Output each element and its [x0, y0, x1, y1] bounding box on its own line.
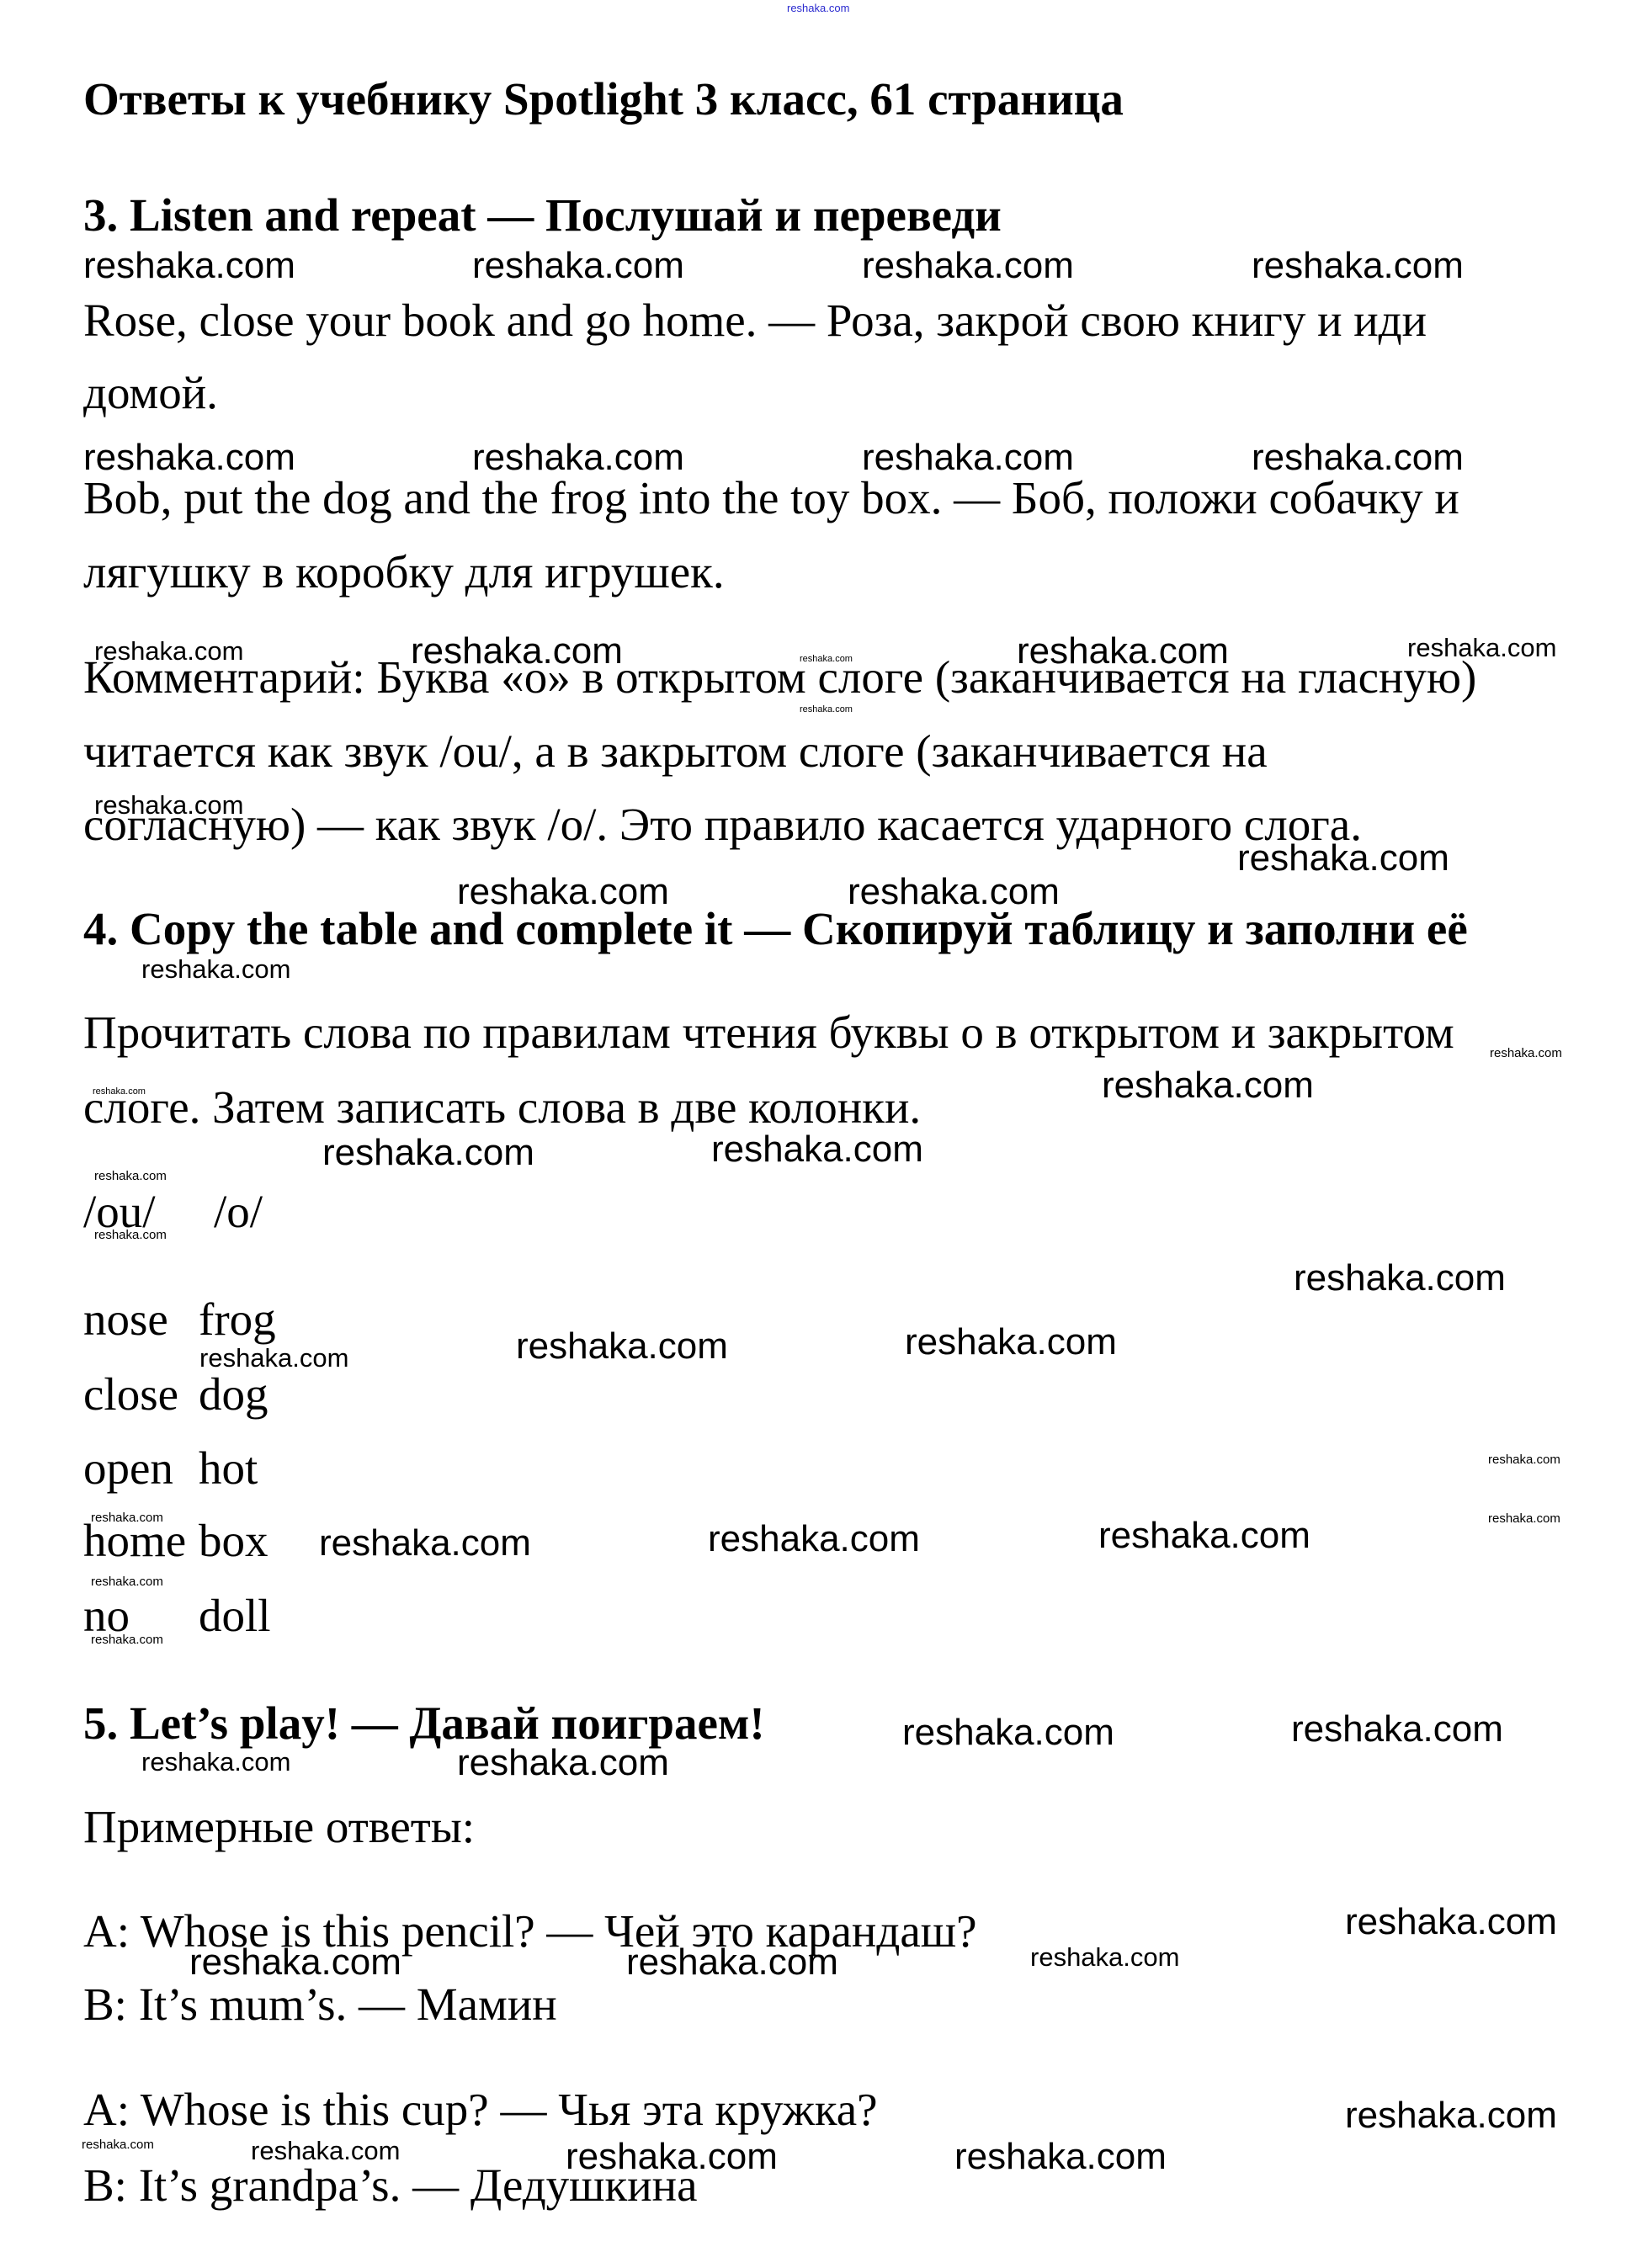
- watermark: reshaka.com: [91, 1575, 163, 1588]
- watermark: reshaka.com: [472, 247, 684, 284]
- ex4-instruction-line: Прочитать слова по правилам чтения буквы…: [83, 1006, 1454, 1060]
- watermark: reshaka.com: [83, 247, 295, 284]
- watermark: reshaka.com: [1237, 840, 1449, 877]
- table-cell: frog: [199, 1293, 276, 1346]
- watermark: reshaka.com: [1488, 1453, 1560, 1466]
- table-cell: doll: [199, 1589, 271, 1643]
- watermark: reshaka.com: [1102, 1067, 1314, 1104]
- watermark: reshaka.com: [322, 1134, 534, 1171]
- ex3-comment-line: согласную) — как звук /o/. Это правило к…: [83, 798, 1362, 852]
- ex4-instruction-line: слоге. Затем записать слова в две колонк…: [83, 1081, 921, 1134]
- table-cell: hot: [199, 1442, 258, 1495]
- watermark: reshaka.com: [94, 1170, 167, 1182]
- watermark: reshaka.com: [141, 956, 290, 982]
- watermark: reshaka.com: [800, 655, 853, 664]
- top-site-link[interactable]: reshaka.com: [787, 2, 849, 14]
- watermark: reshaka.com: [199, 1345, 348, 1371]
- watermark: reshaka.com: [516, 1328, 728, 1365]
- watermark: reshaka.com: [94, 1229, 167, 1241]
- watermark: reshaka.com: [93, 1087, 146, 1097]
- watermark: reshaka.com: [94, 792, 243, 818]
- watermark: reshaka.com: [1098, 1517, 1310, 1554]
- table-row: close dog: [83, 1368, 178, 1421]
- dialogue-line-b: B: It’s mum’s. — Мамин: [83, 1978, 557, 2032]
- watermark: reshaka.com: [189, 1944, 401, 1981]
- exercise-3-heading: 3. Listen and repeat — Послушай и переве…: [83, 189, 1002, 242]
- watermark: reshaka.com: [626, 1944, 838, 1981]
- watermark: reshaka.com: [954, 2138, 1167, 2175]
- ex3-comment-line: Комментарий: Буква «о» в открытом слоге …: [83, 651, 1476, 704]
- table-row: nose frog: [83, 1293, 168, 1346]
- watermark: reshaka.com: [1252, 439, 1464, 476]
- table-cell: open: [83, 1442, 173, 1494]
- watermark: reshaka.com: [319, 1525, 531, 1562]
- watermark: reshaka.com: [82, 2138, 154, 2151]
- table-cell: nose: [83, 1293, 168, 1345]
- ex5-intro: Примерные ответы:: [83, 1800, 475, 1854]
- watermark: reshaka.com: [251, 2138, 400, 2164]
- ex3-line: домой.: [83, 366, 218, 420]
- watermark: reshaka.com: [862, 439, 1074, 476]
- watermark: reshaka.com: [800, 705, 853, 714]
- watermark: reshaka.com: [411, 633, 623, 670]
- watermark: reshaka.com: [1252, 247, 1464, 284]
- table-header-o: /o/: [214, 1185, 263, 1239]
- table-cell: dog: [199, 1368, 268, 1421]
- ex3-line: лягушку в коробку для игрушек.: [83, 545, 725, 599]
- watermark: reshaka.com: [457, 1745, 669, 1782]
- ex3-comment-line: читается как звук /ou/, а в закрытом сло…: [83, 725, 1268, 778]
- table-cell: box: [199, 1514, 268, 1568]
- watermark: reshaka.com: [472, 439, 684, 476]
- ex3-line: Rose, close your book and go home. — Роз…: [83, 294, 1427, 348]
- watermark: reshaka.com: [94, 638, 243, 664]
- table-row: open hot: [83, 1442, 173, 1495]
- watermark: reshaka.com: [1345, 1904, 1557, 1941]
- watermark: reshaka.com: [1407, 635, 1556, 661]
- watermark: reshaka.com: [848, 874, 1060, 911]
- watermark: reshaka.com: [1488, 1512, 1560, 1525]
- exercise-4-heading: 4. Copy the table and complete it — Скоп…: [83, 902, 1468, 956]
- watermark: reshaka.com: [1030, 1944, 1179, 1970]
- table-cell: close: [83, 1368, 178, 1420]
- ex3-line: Bob, put the dog and the frog into the t…: [83, 471, 1459, 525]
- watermark: reshaka.com: [1294, 1260, 1506, 1297]
- watermark: reshaka.com: [91, 1511, 163, 1524]
- watermark: reshaka.com: [862, 247, 1074, 284]
- watermark: reshaka.com: [1291, 1711, 1503, 1748]
- watermark: reshaka.com: [711, 1131, 923, 1168]
- watermark: reshaka.com: [1345, 2097, 1557, 2134]
- watermark: reshaka.com: [91, 1633, 163, 1646]
- watermark: reshaka.com: [457, 874, 669, 911]
- watermark: reshaka.com: [1490, 1047, 1562, 1060]
- watermark: reshaka.com: [141, 1749, 290, 1775]
- watermark: reshaka.com: [566, 2138, 778, 2175]
- page-title: Ответы к учебнику Spotlight 3 класс, 61 …: [83, 72, 1124, 126]
- watermark: reshaka.com: [905, 1324, 1117, 1361]
- watermark: reshaka.com: [708, 1521, 920, 1558]
- watermark: reshaka.com: [83, 439, 295, 476]
- dialogue-line-a: A: Whose is this cup? — Чья эта кружка?: [83, 2083, 878, 2137]
- watermark: reshaka.com: [902, 1714, 1114, 1751]
- watermark: reshaka.com: [1017, 633, 1229, 670]
